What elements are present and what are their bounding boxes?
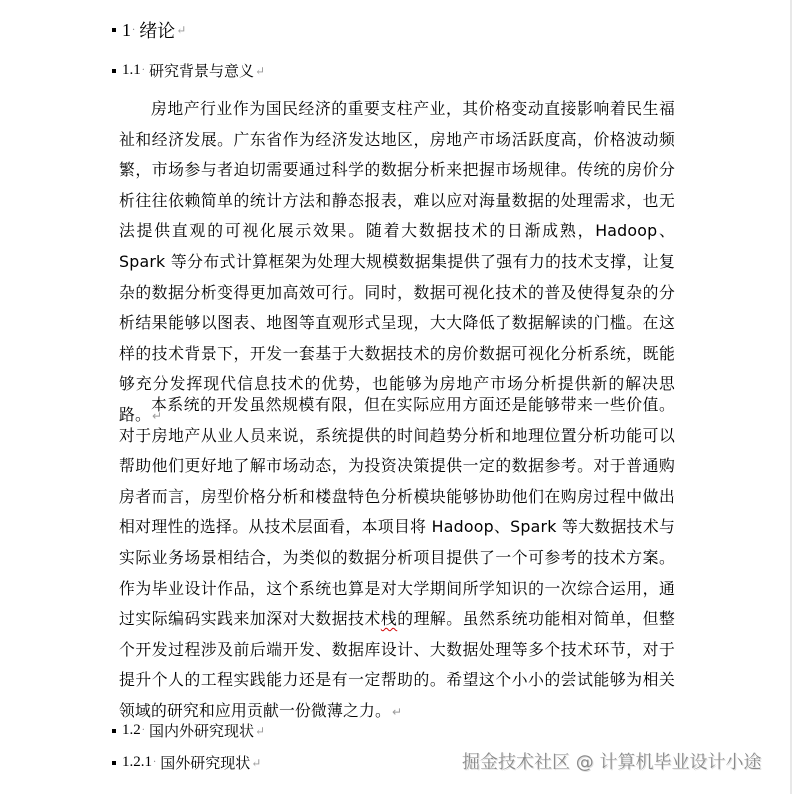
heading-title: 研究背景与意义: [149, 60, 254, 81]
heading-1-introduction[interactable]: 1 · 绪论 ↵: [112, 17, 186, 43]
heading-number: 1: [122, 20, 131, 41]
heading-number: 1.1: [122, 62, 141, 79]
paragraph-mark-icon: ↵: [255, 64, 265, 78]
paragraph-mark-icon: ↵: [251, 756, 261, 770]
paragraph-text-part1: 本系统的开发虽然规模有限，但在实际应用方面还是能够带来一些价值。对于房地产从业人…: [119, 395, 675, 628]
spelling-error-word[interactable]: 栈: [381, 609, 397, 628]
space-mark: ·: [132, 25, 135, 36]
heading-3-foreign-research[interactable]: 1.2.1 · 国外研究现状 ↵: [112, 752, 261, 773]
heading-bullet-icon: [112, 28, 116, 32]
heading-2-background[interactable]: 1.1 · 研究背景与意义 ↵: [112, 60, 265, 81]
paragraph-text: 房地产行业作为国民经济的重要支柱产业，其价格变动直接影响着民生福祉和经济发展。广…: [119, 99, 675, 424]
heading-bullet-icon: [112, 729, 116, 733]
heading-title: 绪论: [139, 17, 175, 43]
heading-title: 国外研究现状: [160, 752, 250, 773]
heading-bullet-icon: [112, 69, 116, 73]
heading-number: 1.2: [122, 722, 141, 739]
space-mark: ·: [142, 725, 145, 736]
space-mark: ·: [142, 65, 145, 76]
paragraph-mark-icon: ↵: [176, 23, 186, 37]
body-paragraph-1[interactable]: 房地产行业作为国民经济的重要支柱产业，其价格变动直接影响着民生福祉和经济发展。广…: [119, 94, 675, 432]
heading-bullet-icon: [112, 761, 116, 765]
paragraph-mark-icon: ↵: [392, 705, 402, 719]
space-mark: ·: [153, 757, 156, 768]
heading-2-research-status[interactable]: 1.2 · 国内外研究现状 ↵: [112, 720, 265, 741]
watermark: 掘金技术社区 @ 计算机毕业设计小途: [462, 748, 761, 774]
paragraph-mark-icon: ↵: [255, 724, 265, 738]
heading-title: 国内外研究现状: [149, 720, 254, 741]
heading-number: 1.2.1: [122, 754, 152, 771]
body-paragraph-2[interactable]: 本系统的开发虽然规模有限，但在实际应用方面还是能够带来一些价值。对于房地产从业人…: [119, 390, 675, 728]
